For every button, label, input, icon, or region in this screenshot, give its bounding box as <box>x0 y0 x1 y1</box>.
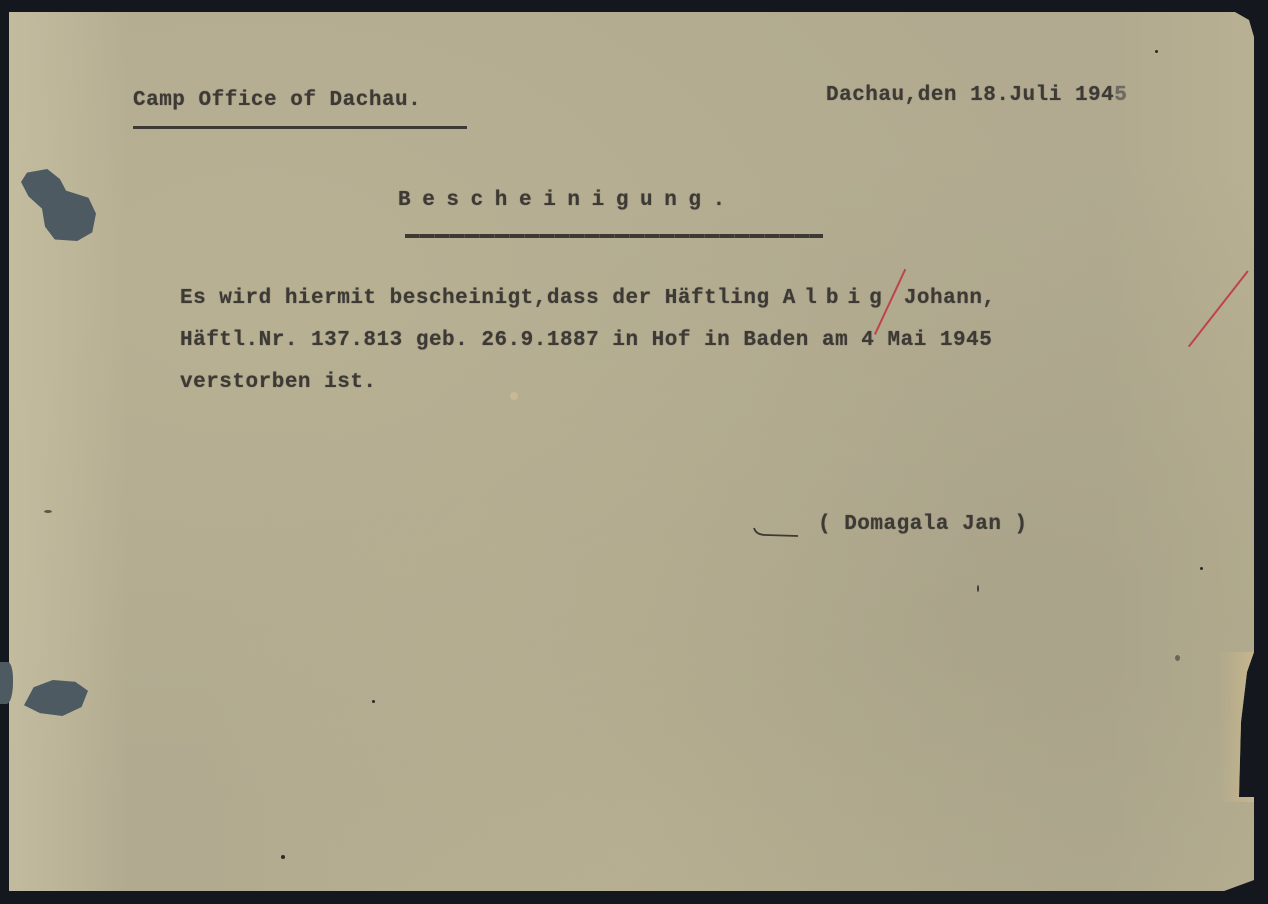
date-overtyped-digit: 5 <box>1114 84 1127 107</box>
scanned-document: Camp Office of Dachau. Dachau,den 18.Jul… <box>0 0 1268 904</box>
document-title-underline <box>405 234 823 238</box>
paper-speck <box>1200 567 1203 570</box>
paper-speck <box>44 510 52 513</box>
paper-speck <box>977 585 979 592</box>
prisoner-given-name: Johann, <box>891 287 996 310</box>
office-heading-underline <box>133 126 467 129</box>
paper-speck <box>510 392 518 400</box>
date-main: Dachau,den 18.Juli 194 <box>826 84 1114 107</box>
signature-pen-stroke <box>752 524 800 538</box>
prisoner-surname: Albig <box>783 287 891 310</box>
body-line-2: Häftl.Nr. 137.813 geb. 26.9.1887 in Hof … <box>180 320 992 362</box>
paper-speck <box>281 855 285 859</box>
body-line-1: Es wird hiermit bescheinigt,dass der Häf… <box>180 278 996 320</box>
signatory-name: ( Domagala Jan ) <box>818 513 1028 536</box>
body-line-1-prefix: Es wird hiermit bescheinigt,dass der Häf… <box>180 287 783 310</box>
paper-torn-edge <box>1219 652 1254 802</box>
ink-blot-edge <box>0 662 13 704</box>
paper-speck <box>1175 655 1180 661</box>
document-date: Dachau,den 18.Juli 1945 <box>826 84 1127 107</box>
paper-left-edge-discoloration <box>9 12 129 891</box>
document-title: Bescheinigung. <box>398 189 737 212</box>
paper-sheet <box>9 12 1254 891</box>
paper-speck <box>1155 50 1158 53</box>
paper-speck <box>372 700 375 703</box>
office-heading: Camp Office of Dachau. <box>133 89 421 112</box>
body-line-3: verstorben ist. <box>180 362 377 404</box>
